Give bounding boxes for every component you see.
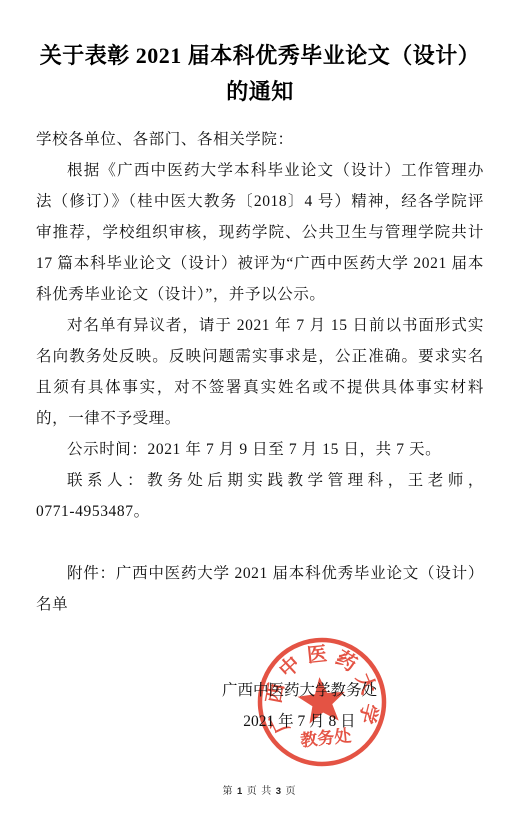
title-line-2: 的通知 (226, 79, 294, 104)
paragraph-publicity-period: 公示时间：2021 年 7 月 9 日至 7 月 15 日，共 7 天。 (36, 434, 484, 465)
page-number-footer: 第 1 页 共 3 页 (0, 782, 519, 797)
page-title: 关于表彰 2021 届本科优秀毕业论文（设计）的通知 (36, 38, 484, 110)
paragraph-contact: 联系人：教务处后期实践教学管理科，王老师，0771-4953487。 (36, 465, 484, 527)
signature-org: 广西中医药大学教务处 (222, 675, 377, 706)
title-line-1: 关于表彰 2021 届本科优秀毕业论文（设计） (40, 43, 481, 68)
notice-body: 学校各单位、各部门、各相关学院： 根据《广西中医药大学本科毕业论文（设计）工作管… (36, 124, 484, 620)
signature-date: 2021 年 7 月 8 日 (222, 706, 377, 737)
paragraph-attachment: 附件：广西中医药大学 2021 届本科优秀毕业论文（设计）名单 (36, 558, 484, 620)
footer-prefix: 第 (222, 786, 233, 797)
footer-mid: 页 共 (247, 786, 273, 797)
footer-current-page: 1 (237, 786, 243, 797)
signature-block: 广西中医药大学教务处 2021 年 7 月 8 日 (222, 675, 377, 737)
seal-arc-char: 药 (332, 646, 361, 676)
seal-arc-char: 医 (306, 642, 328, 667)
salutation: 学校各单位、各部门、各相关学院： (36, 124, 484, 155)
paragraph-basis: 根据《广西中医药大学本科毕业论文（设计）工作管理办法（修订）》（桂中医大教务〔2… (36, 155, 484, 310)
document-page: 关于表彰 2021 届本科优秀毕业论文（设计）的通知 学校各单位、各部门、各相关… (0, 0, 519, 824)
contact-phone: 0771-4953487。 (36, 503, 150, 520)
paragraph-objection: 对名单有异议者，请于 2021 年 7 月 15 日前以书面形式实名向教务处反映… (36, 310, 484, 434)
footer-total-pages: 3 (276, 786, 282, 797)
contact-text: 联系人：教务处后期实践教学管理科，王老师， (67, 472, 484, 489)
footer-suffix: 页 (286, 786, 297, 797)
